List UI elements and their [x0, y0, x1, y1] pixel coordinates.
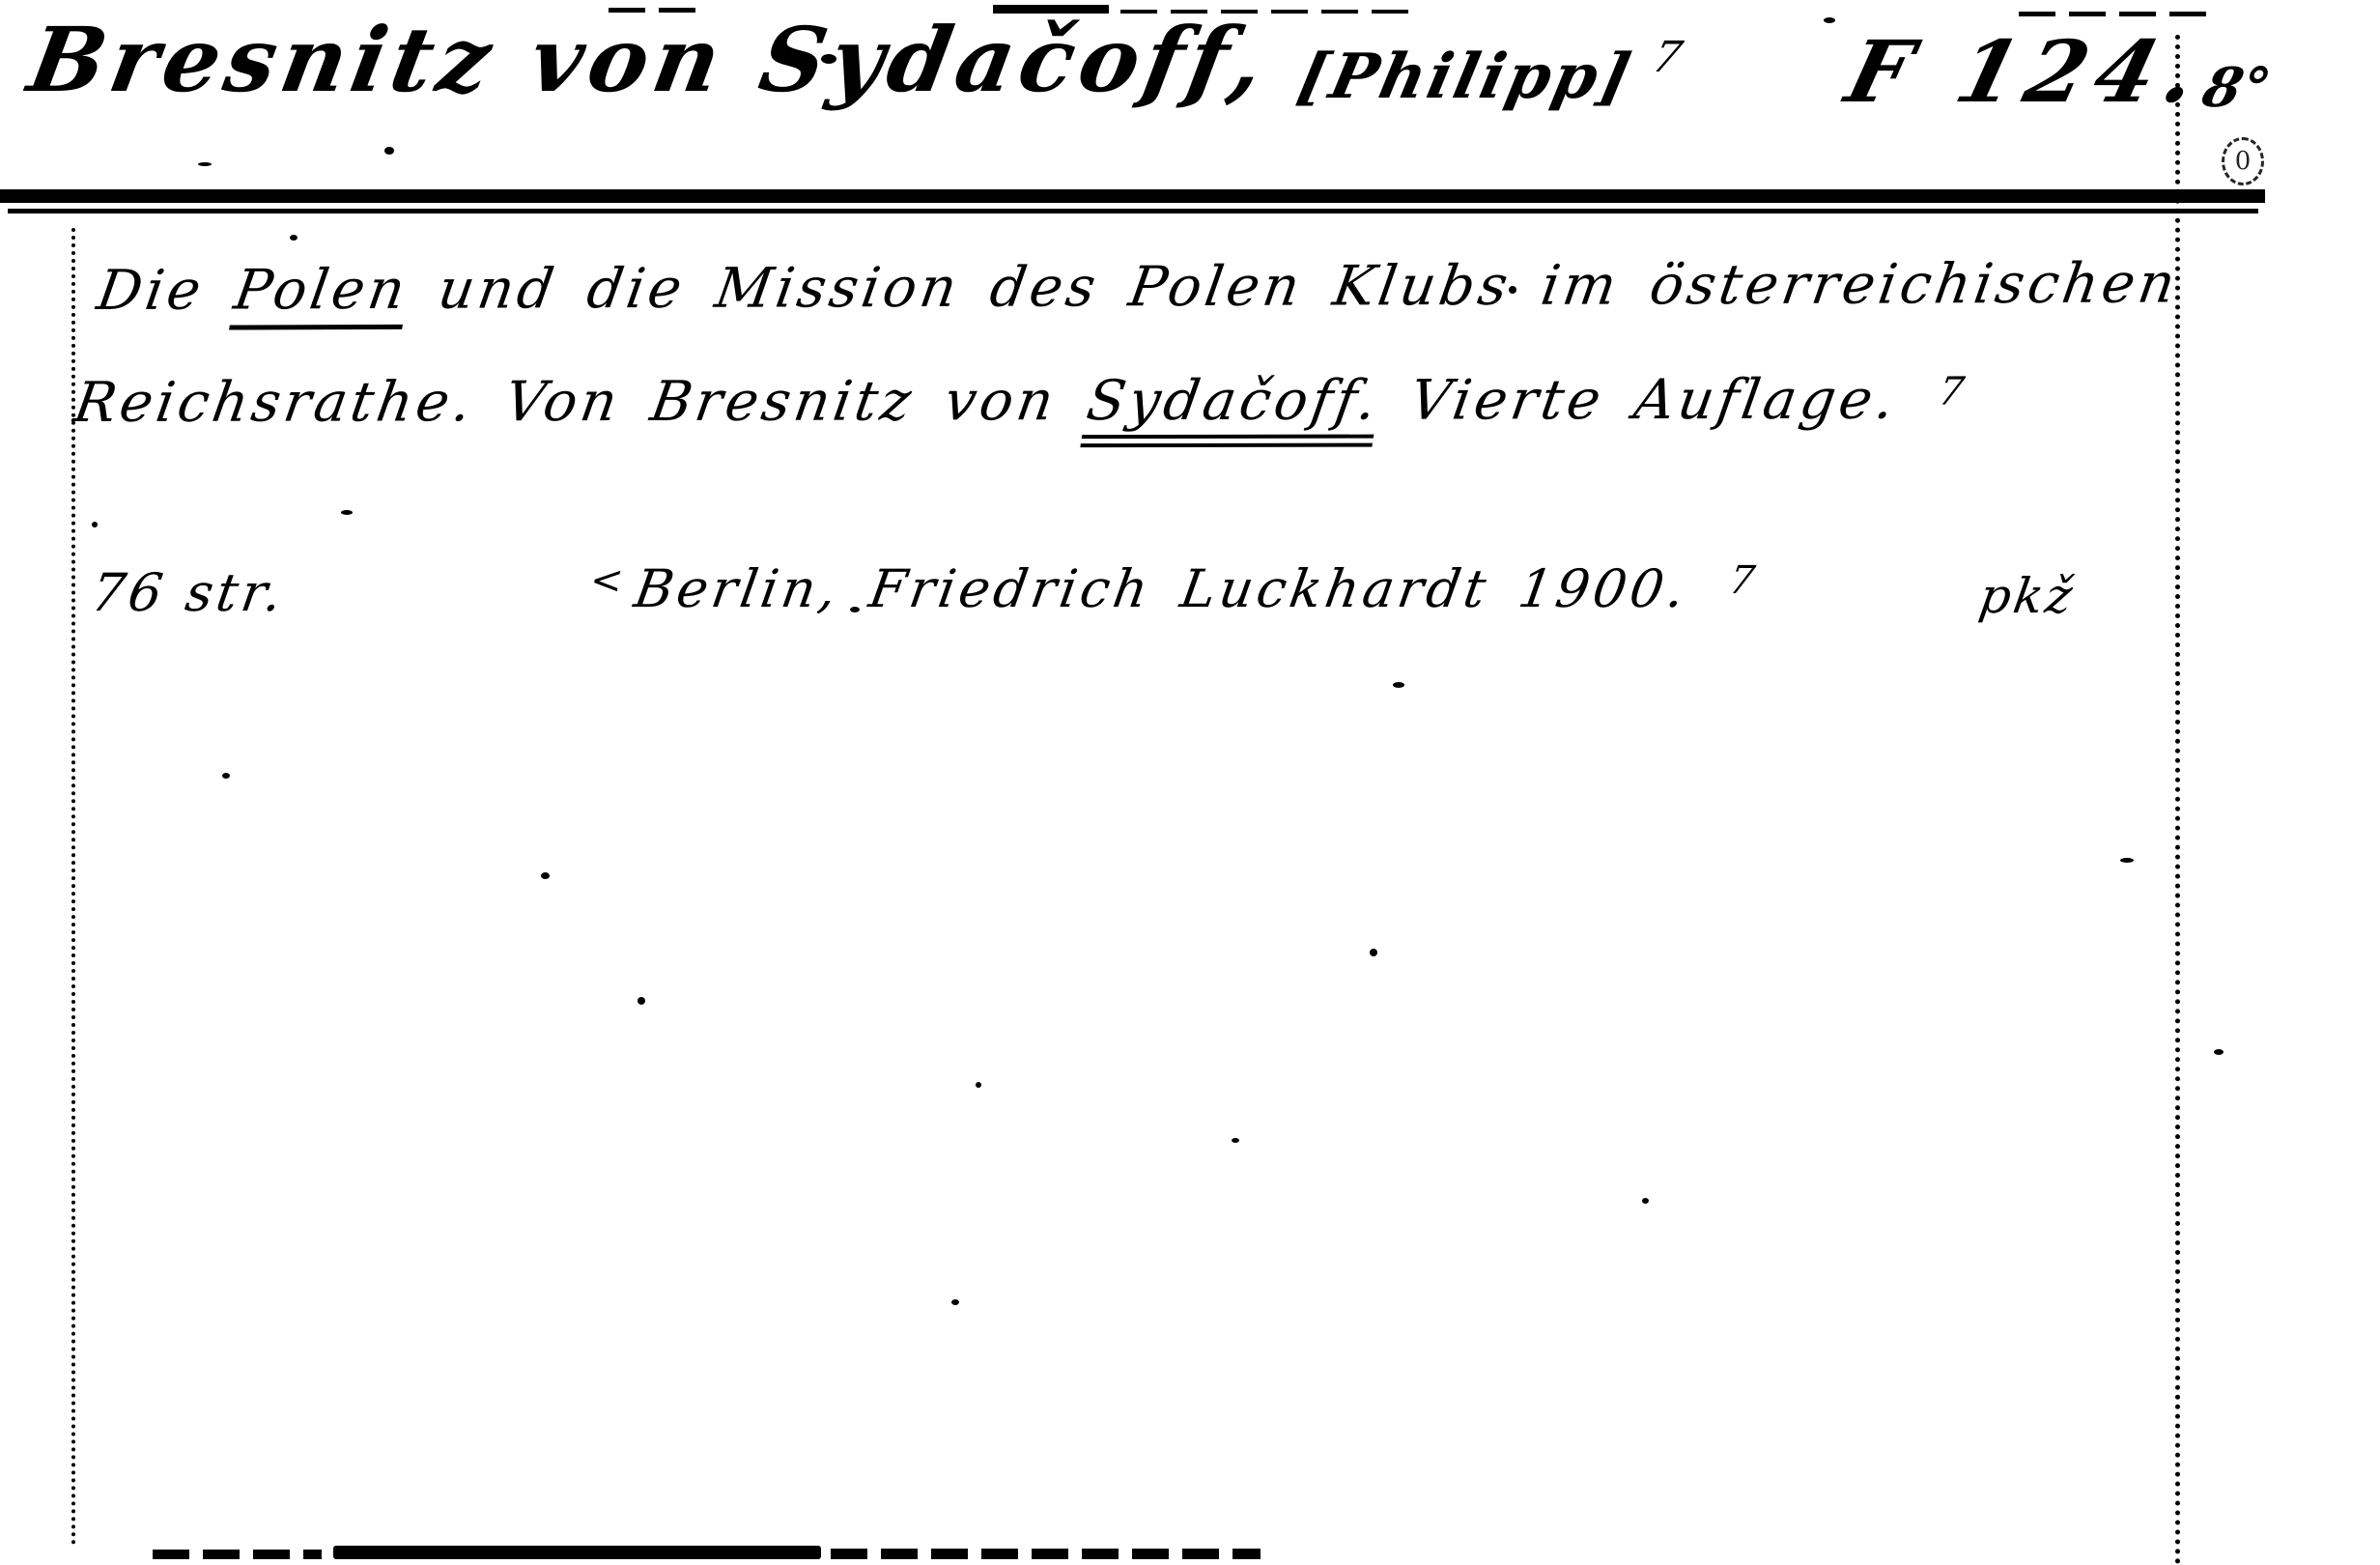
- imprint-text: Berlin, Friedrich Luckhardt 1900.: [631, 558, 1693, 619]
- scan-speck: [92, 522, 98, 527]
- scan-artifact-bottom: [333, 1546, 821, 1559]
- title-line-2: Reichsrathe. Von Bresnitz von Sydačoff. …: [68, 368, 1981, 449]
- title-text: Vierte Auflage.: [1374, 368, 1902, 433]
- imprint-end-mark: 7: [1726, 558, 1762, 603]
- title-end-mark: 7: [1936, 370, 1971, 414]
- imprint-open-mark: <: [587, 558, 631, 603]
- header-rule-thin: [8, 209, 2258, 213]
- scan-speck: [637, 997, 645, 1005]
- extent-note: 76 str.: [87, 562, 290, 623]
- scan-speck: [1370, 949, 1377, 956]
- scan-speck: [198, 162, 212, 166]
- header-rule-thick: [0, 189, 2265, 203]
- scan-speck: [1824, 17, 1835, 23]
- format-notation: 8°: [2196, 56, 2277, 120]
- scan-speck: [384, 147, 394, 155]
- scan-speck: [2120, 858, 2134, 863]
- heading-mark: 7: [1648, 33, 1687, 82]
- scan-speck: [290, 235, 297, 241]
- scan-speck: [1509, 286, 1516, 294]
- title-text: Die: [93, 259, 240, 323]
- scan-speck: [821, 54, 836, 64]
- title-text: Reichsrathe. Von Bresnitz von: [70, 369, 1092, 435]
- extent-text: 76 str.: [87, 562, 290, 623]
- scan-artifact-bottom: [831, 1549, 1261, 1559]
- scan-speck: [850, 607, 860, 612]
- scan-speck: [1642, 1198, 1649, 1204]
- scan-speck: [951, 1299, 959, 1305]
- scan-speck: [976, 1082, 981, 1088]
- title-word-polen-underlined: Polen: [229, 258, 413, 330]
- scan-speck: [2214, 1049, 2224, 1055]
- imprint-line: <Berlin, Friedrich Luckhardt 1900.7: [575, 558, 1771, 619]
- scan-speck: [341, 510, 353, 515]
- scan-artifact-bottom: [153, 1550, 322, 1559]
- author-addition: [Philipp]: [1291, 41, 1640, 113]
- title-line-1: Die Polen und die Mission des Polen Klub…: [92, 251, 2183, 330]
- title-text: und die Mission des Polen Klubs im öster…: [403, 251, 2183, 321]
- scan-speck: [541, 872, 550, 879]
- author-heading: Bresnitz von Sydačoff,: [21, 8, 1277, 112]
- scan-artifact-top: [2019, 12, 2212, 16]
- catalog-card: Bresnitz von Sydačoff, [Philipp] 7 F 124…: [0, 0, 2380, 1565]
- shelfmark: F 124.: [1837, 21, 2217, 122]
- cataloguer-annotation: pkž: [1975, 568, 2079, 624]
- scan-speck: [1232, 1138, 1239, 1143]
- title-word-sydacoff-underlined: Sydačoff.: [1080, 369, 1384, 448]
- annotation-text: pkž: [1975, 568, 2079, 624]
- scan-speck: [222, 773, 230, 779]
- scan-speck: [1393, 682, 1404, 688]
- round-stamp: 0: [2222, 137, 2264, 185]
